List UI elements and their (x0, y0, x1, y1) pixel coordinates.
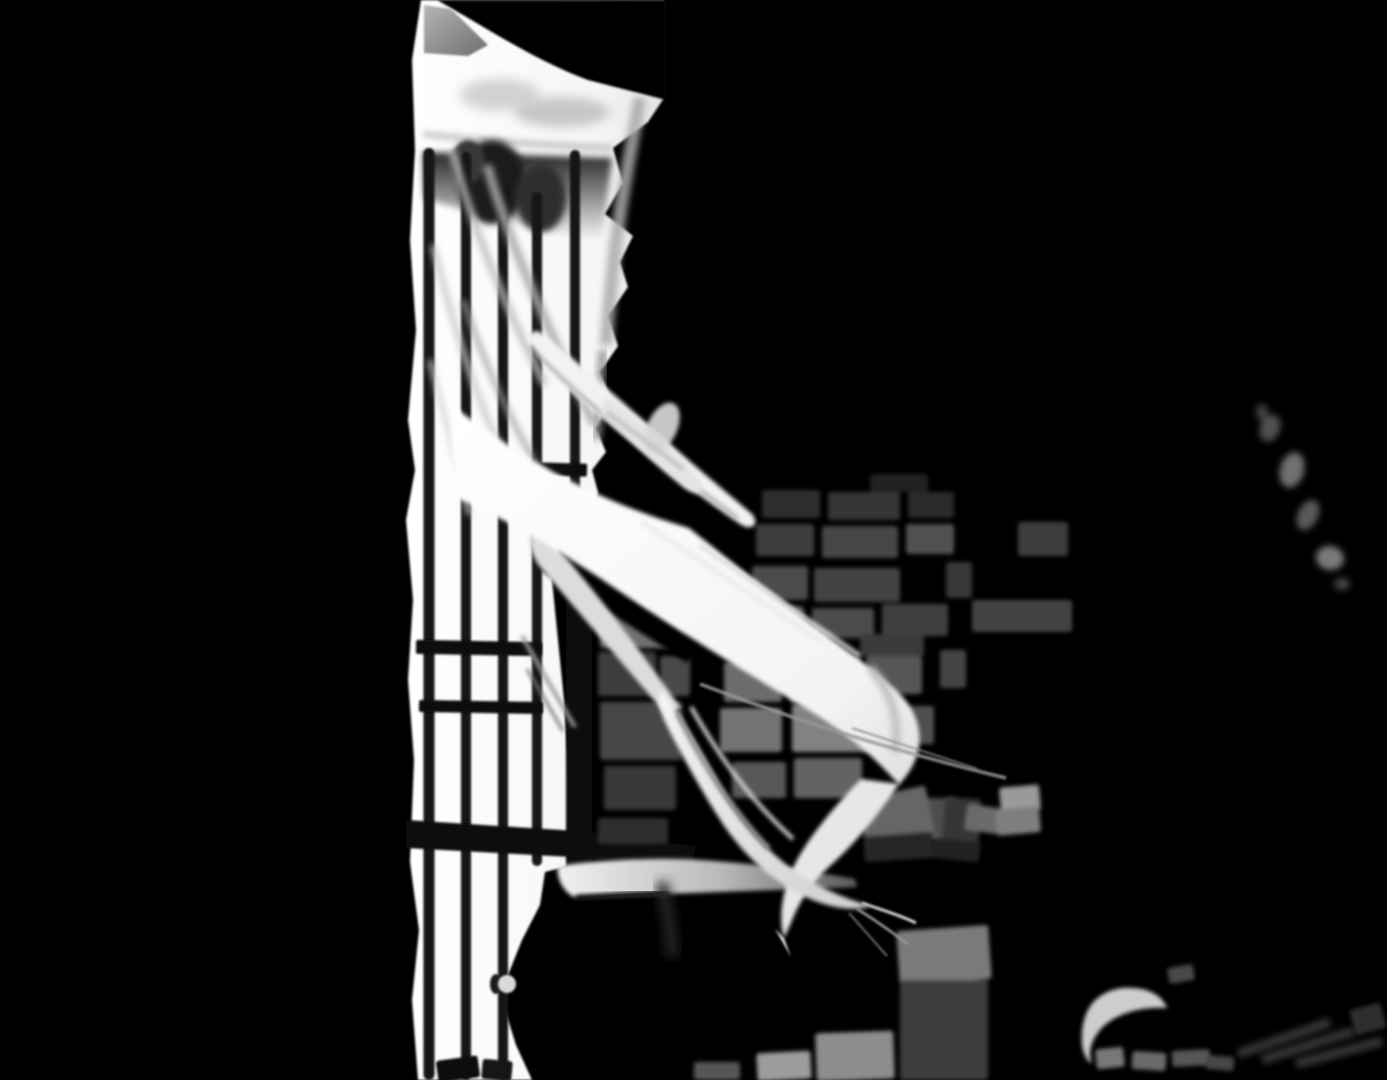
rubble-lump (1205, 1055, 1234, 1071)
brick (908, 492, 954, 518)
photo-canvas: Black-and-white photograph of light thro… (0, 0, 1387, 1080)
rubble-lump (1095, 1047, 1125, 1070)
brick (814, 568, 900, 602)
rubble-stone (863, 832, 935, 863)
rubble-stone (995, 806, 1041, 836)
brick (720, 708, 782, 752)
brick (598, 818, 668, 844)
rubble-stone (756, 1051, 811, 1080)
edge-debris-piece (1334, 578, 1350, 590)
brick (604, 766, 676, 810)
brick (906, 524, 954, 554)
rubble-stone (815, 1031, 895, 1080)
brick (860, 634, 924, 656)
window-crossbar (419, 700, 543, 714)
window-bar (498, 186, 508, 1080)
brick (762, 490, 820, 518)
window-bar (461, 152, 471, 1080)
rubble-stone (896, 925, 992, 985)
slab-texture (514, 97, 610, 127)
brick (946, 562, 972, 598)
rubble-stone (694, 1062, 740, 1080)
photograph: Black-and-white photograph of light thro… (0, 0, 1387, 1080)
brick (882, 604, 948, 636)
window-bar (424, 148, 435, 1080)
brick (972, 600, 1072, 632)
debris-silhouette (481, 1059, 513, 1080)
window-crossbar (416, 640, 542, 656)
latch-knob (498, 975, 516, 993)
brick (822, 526, 898, 558)
brick (940, 650, 966, 688)
brick (870, 474, 928, 492)
rubble-lump (1172, 1049, 1211, 1067)
brick (1018, 522, 1068, 556)
rubble-lump (1131, 1051, 1166, 1071)
brick (828, 492, 900, 520)
brick (756, 524, 814, 556)
rubble-stone (900, 980, 988, 1080)
